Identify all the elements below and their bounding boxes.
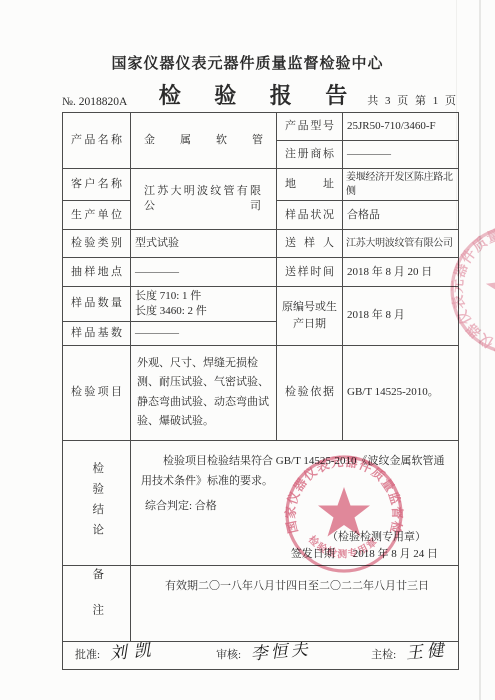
product-model-label: 产品型号	[281, 119, 338, 134]
scanned-report-page: { "header": { "org": "国家仪器仪表元器件质量监督检验中心"…	[0, 0, 495, 700]
address-label: 地址	[281, 177, 338, 192]
sending-date-value: 2018 年 8 月 20 日	[343, 258, 459, 287]
approve-label: 批准:	[75, 648, 100, 663]
product-name-label: 产品名称	[67, 133, 126, 148]
customer-label: 客户名称	[67, 177, 126, 192]
sample-base-value: ————	[131, 321, 277, 345]
issue-date-label: 签发日期	[291, 548, 335, 560]
sample-qty-line2: 长度 3460: 2 件	[135, 304, 272, 319]
issue-date-line: 签发日期2018 年 8 月 24 日	[135, 547, 454, 562]
sample-qty-label: 样品数量	[67, 296, 126, 311]
edge-stamp-star-icon	[480, 256, 495, 323]
items-label: 检验项目	[67, 385, 126, 400]
customer-value: 江苏大明波纹管有限公司	[135, 184, 272, 214]
seal-note: （检验检测专用章）	[135, 530, 454, 545]
review-label: 审核:	[216, 648, 241, 663]
basis-label: 检验依据	[281, 385, 338, 400]
issue-date-value: 2018 年 8 月 24 日	[353, 548, 438, 560]
conclusion-label: 检验结论	[89, 462, 105, 544]
report-number: №. 2018820A	[62, 96, 127, 108]
sender-label: 送样人	[281, 236, 338, 251]
approver-signature: 刘凯	[109, 641, 159, 666]
organization-title: 国家仪器仪表元器件质量监督检验中心	[0, 52, 495, 73]
scan-page-edge-shadow	[479, 0, 481, 700]
product-name-value: 金属软管	[135, 133, 272, 148]
product-model-value: 25JR50-710/3460-F	[343, 113, 459, 141]
sample-base-label: 样品基数	[67, 326, 126, 341]
sampling-place-value: ————	[131, 258, 277, 287]
report-title: 检 验 报 告	[159, 79, 362, 110]
inspection-type-value: 型式试验	[131, 230, 277, 258]
trademark-label: 注册商标	[281, 147, 338, 162]
basis-value: GB/T 14525-2010。	[343, 345, 459, 440]
sender-value: 江苏大明波纹管有限公司	[343, 230, 459, 258]
conclusion-cell: 检验项目检验结果符合 GB/T 14525-2010《波纹金属软管通用技术条件》…	[131, 440, 459, 565]
orig-no-label: 原编号或生产日期	[281, 299, 338, 332]
reviewer-signature: 李恒夫	[250, 641, 312, 666]
report-header-row: №. 2018820A 检 验 报 告 共 3 页 第 1 页	[62, 84, 458, 110]
remark-label: 备注	[89, 568, 105, 639]
report-table: 产品名称 金属软管 产品型号 25JR50-710/3460-F 注册商标 ——…	[62, 112, 459, 670]
production-date-value: 2018 年 8 月	[343, 287, 459, 346]
remark-cell: 有效期二〇一八年八月廿四日至二〇二二年八月廿三日	[131, 565, 459, 641]
address-value: 姜堰经济开发区陈庄路北侧	[343, 169, 459, 201]
trademark-value: ————	[343, 141, 459, 169]
sample-status-label: 样品状况	[281, 208, 338, 223]
page-count: 共 3 页 第 1 页	[367, 92, 458, 108]
inspection-type-label: 检验类别	[67, 236, 126, 251]
conclusion-text: 检验项目检验结果符合 GB/T 14525-2010《波纹金属软管通用技术条件》…	[141, 451, 448, 492]
sample-qty-value: 长度 710: 1 件 长度 3460: 2 件	[131, 287, 277, 322]
sampling-place-label: 抽样地点	[67, 265, 126, 280]
items-value: 外观、尺寸、焊缝无损检测、耐压试验、气密试验、静态弯曲试验、动态弯曲试验、爆破试…	[131, 345, 277, 440]
remark-text: 有效期二〇一八年八月廿四日至二〇二二年八月廿三日	[143, 578, 446, 596]
sample-qty-line1: 长度 710: 1 件	[135, 289, 272, 304]
manufacturer-label: 生产单位	[67, 208, 126, 223]
sending-date-label: 送样时间	[281, 265, 338, 280]
chief-signature: 王健	[405, 641, 449, 665]
verdict-text: 综合判定: 合格	[145, 499, 448, 514]
chief-label: 主检:	[371, 648, 396, 663]
signature-row: 批准: 刘凯 审核: 李恒夫 主检: 王健	[63, 641, 459, 669]
sample-status-value: 合格品	[343, 201, 459, 230]
